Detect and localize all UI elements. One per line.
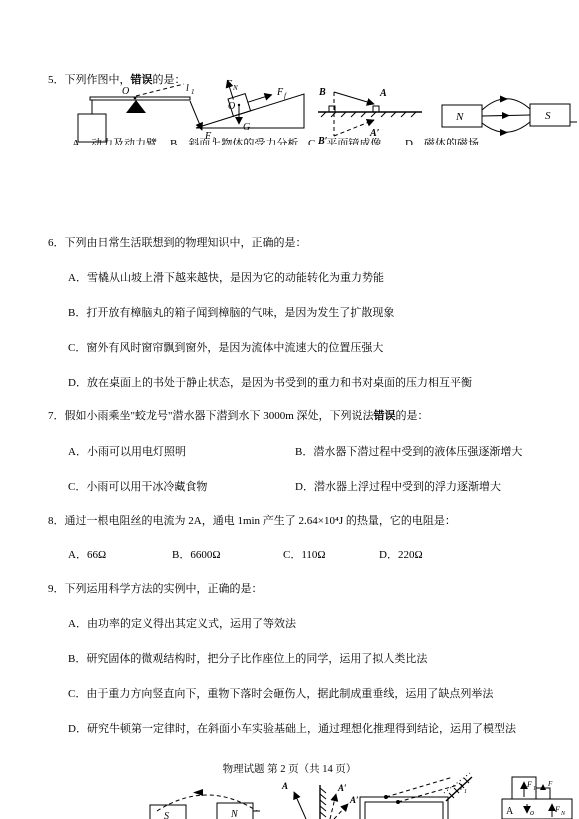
q5-figure-magnet: N S [438, 86, 578, 142]
q7-option-c: C．小雨可以用干冰冷藏食物 [68, 481, 207, 495]
hatched-bar [446, 777, 472, 801]
q5-option-a-caption: A．动力及动力臂 [72, 138, 157, 145]
object-arrow [334, 92, 374, 104]
field-arrow-middle [502, 112, 510, 119]
image-arrow [334, 120, 374, 136]
q8-option-b: B．6600Ω [172, 549, 221, 563]
bottom-mirror-image1-label: A′ [337, 783, 347, 793]
lever-arm-dashed-line [136, 84, 184, 96]
top-force-label-sub: 1 [533, 786, 536, 792]
q9-option-d: D．研究牛顿第一定律时，在斜面小车实验基础上，通过理想化推理得到结论，运用了模型… [68, 723, 516, 737]
q7-stem-bold-word: 错误 [374, 410, 396, 422]
question-8-stem: 8．通过一根电阻丝的电流为 2A，通电 1min 产生了 2.64×10⁴J 的… [48, 515, 456, 529]
bottom-figure-blocks: F 1 F A o F N [500, 775, 575, 819]
q7-stem-suffix: 的是： [396, 410, 429, 422]
question-9-stem: 9．下列运用科学方法的实例中，正确的是： [48, 583, 263, 597]
lever-arm-label: l [186, 83, 189, 94]
mirror-hatching [321, 112, 416, 117]
bottom-magnet-s-label: S [164, 811, 169, 819]
bottom-mirror-object-label: A [281, 781, 288, 791]
gravity-label: G [243, 122, 250, 133]
q7-option-b: B．潜水器下潜过程中受到的液体压强逐渐增大 [295, 446, 522, 460]
bottom-object-arrow [294, 792, 306, 819]
q9-option-b: B．研究固体的微观结构时，把分子比作座位上的同学，运用了拟人类比法 [68, 653, 427, 667]
field-line-top [482, 99, 530, 110]
q6-option-c: C．窗外有风时窗帘飘到窗外，是因为流体中流速大的位置压强大 [68, 342, 383, 356]
page-footer: 物理试题 第 2 页（共 14 页） [0, 763, 579, 776]
question-6-stem: 6．下列由日常生活联想到的物理知识中，正确的是： [48, 237, 307, 251]
center-point-label: o [530, 808, 534, 817]
base-block-label: A [506, 806, 514, 817]
vertical-mirror-hatching [320, 788, 326, 817]
side-arrowhead [540, 784, 546, 790]
mirror-object-tip-label: A [379, 88, 387, 99]
bottom-image-arrow-1 [330, 794, 336, 819]
q8-option-c: C．110Ω [283, 549, 326, 563]
top-force-label: F [526, 780, 532, 789]
outer-box [360, 797, 448, 819]
q6-option-a: A．雪橇从山坡上滑下越来越快，是因为它的动能转化为重力势能 [68, 272, 384, 286]
inner-box [365, 802, 443, 819]
normal-force-bottom-label-sub: N [560, 811, 566, 817]
normal-force-label: F [225, 79, 233, 90]
q5-option-c-caption: C．平面镜成像 [308, 138, 381, 145]
q8-option-d: D．220Ω [379, 549, 423, 563]
lever-beam [90, 97, 190, 113]
q6-option-d: D．放在桌面上的书处于静止状态，是因为书受到的重力和书对桌面的压力相互平衡 [68, 377, 472, 391]
lever-pivot-label: O [122, 86, 129, 97]
normal-force-bottom-label: F [554, 805, 560, 814]
bottom-arm-label: l [460, 783, 463, 792]
friction-force-label: F [276, 87, 284, 98]
friction-force-label-sub: f [284, 92, 287, 100]
question-7-stem: 7．假如小雨乘坐"蛟龙号"潜水器下潜到水下 3000m 深处，下列说法错误的是： [48, 410, 429, 424]
bottom-image-arrow-2 [334, 804, 348, 819]
q5-option-d-caption: D．磁体的磁场 [405, 138, 479, 145]
friction-force-arrow [248, 95, 272, 103]
field-arrow-bottom [500, 129, 508, 136]
q5-clipped-option-captions: A．动力及动力臂 B．斜面上物体的受力分析 C．平面镜成像 D．磁体的磁场 [62, 138, 522, 145]
bottom-figure-incline-rays: l 1 [348, 773, 476, 819]
q8-option-a: A．66Ω [68, 549, 106, 563]
normal-force-label-sub: N [232, 84, 238, 92]
bottom-arm-label-sub: 1 [464, 789, 467, 795]
side-force-label: F [547, 780, 553, 788]
lever-fulcrum [126, 100, 146, 113]
q7-option-d: D．潜水器上浮过程中受到的浮力逐渐增大 [295, 481, 501, 495]
q5-figure-incline: F N F f O G [192, 78, 310, 132]
mirror-object-top-label: B [318, 87, 326, 98]
q6-option-b: B．打开放有樟脑丸的箱子闻到樟脑的气味，是因为发生了扩散现象 [68, 307, 394, 321]
incline-center-label: O [228, 101, 235, 112]
compass-arc-arrow [193, 789, 203, 796]
right-angle-mark-right [373, 106, 379, 112]
dashed-ray-1 [386, 777, 453, 797]
magnet-s-label: S [545, 110, 551, 122]
field-line-bottom [482, 122, 530, 132]
exam-page: 5．下列作图中，错误的是： O l 1 F 1 F N F f O G [0, 0, 579, 819]
bottom-figure-magnet: S N [145, 779, 270, 819]
q9-option-a: A．由功率的定义得出其定义式，运用了等效法 [68, 618, 296, 632]
q9-option-c: C．由于重力方向竖直向下，重物下落时会砸伤人，据此制成重垂线，运用了缺点列举法 [68, 688, 493, 702]
magnet-n-label: N [455, 111, 464, 123]
q7-option-a: A．小雨可以用电灯照明 [68, 446, 186, 460]
q5-option-b-caption: B．斜面上物体的受力分析 [170, 138, 298, 145]
field-arrow-top [500, 96, 508, 103]
bottom-magnet-n-label: N [230, 809, 239, 819]
q7-stem-prefix: 7．假如小雨乘坐"蛟龙号"潜水器下潜到水下 3000m 深处，下列说法 [48, 410, 374, 422]
